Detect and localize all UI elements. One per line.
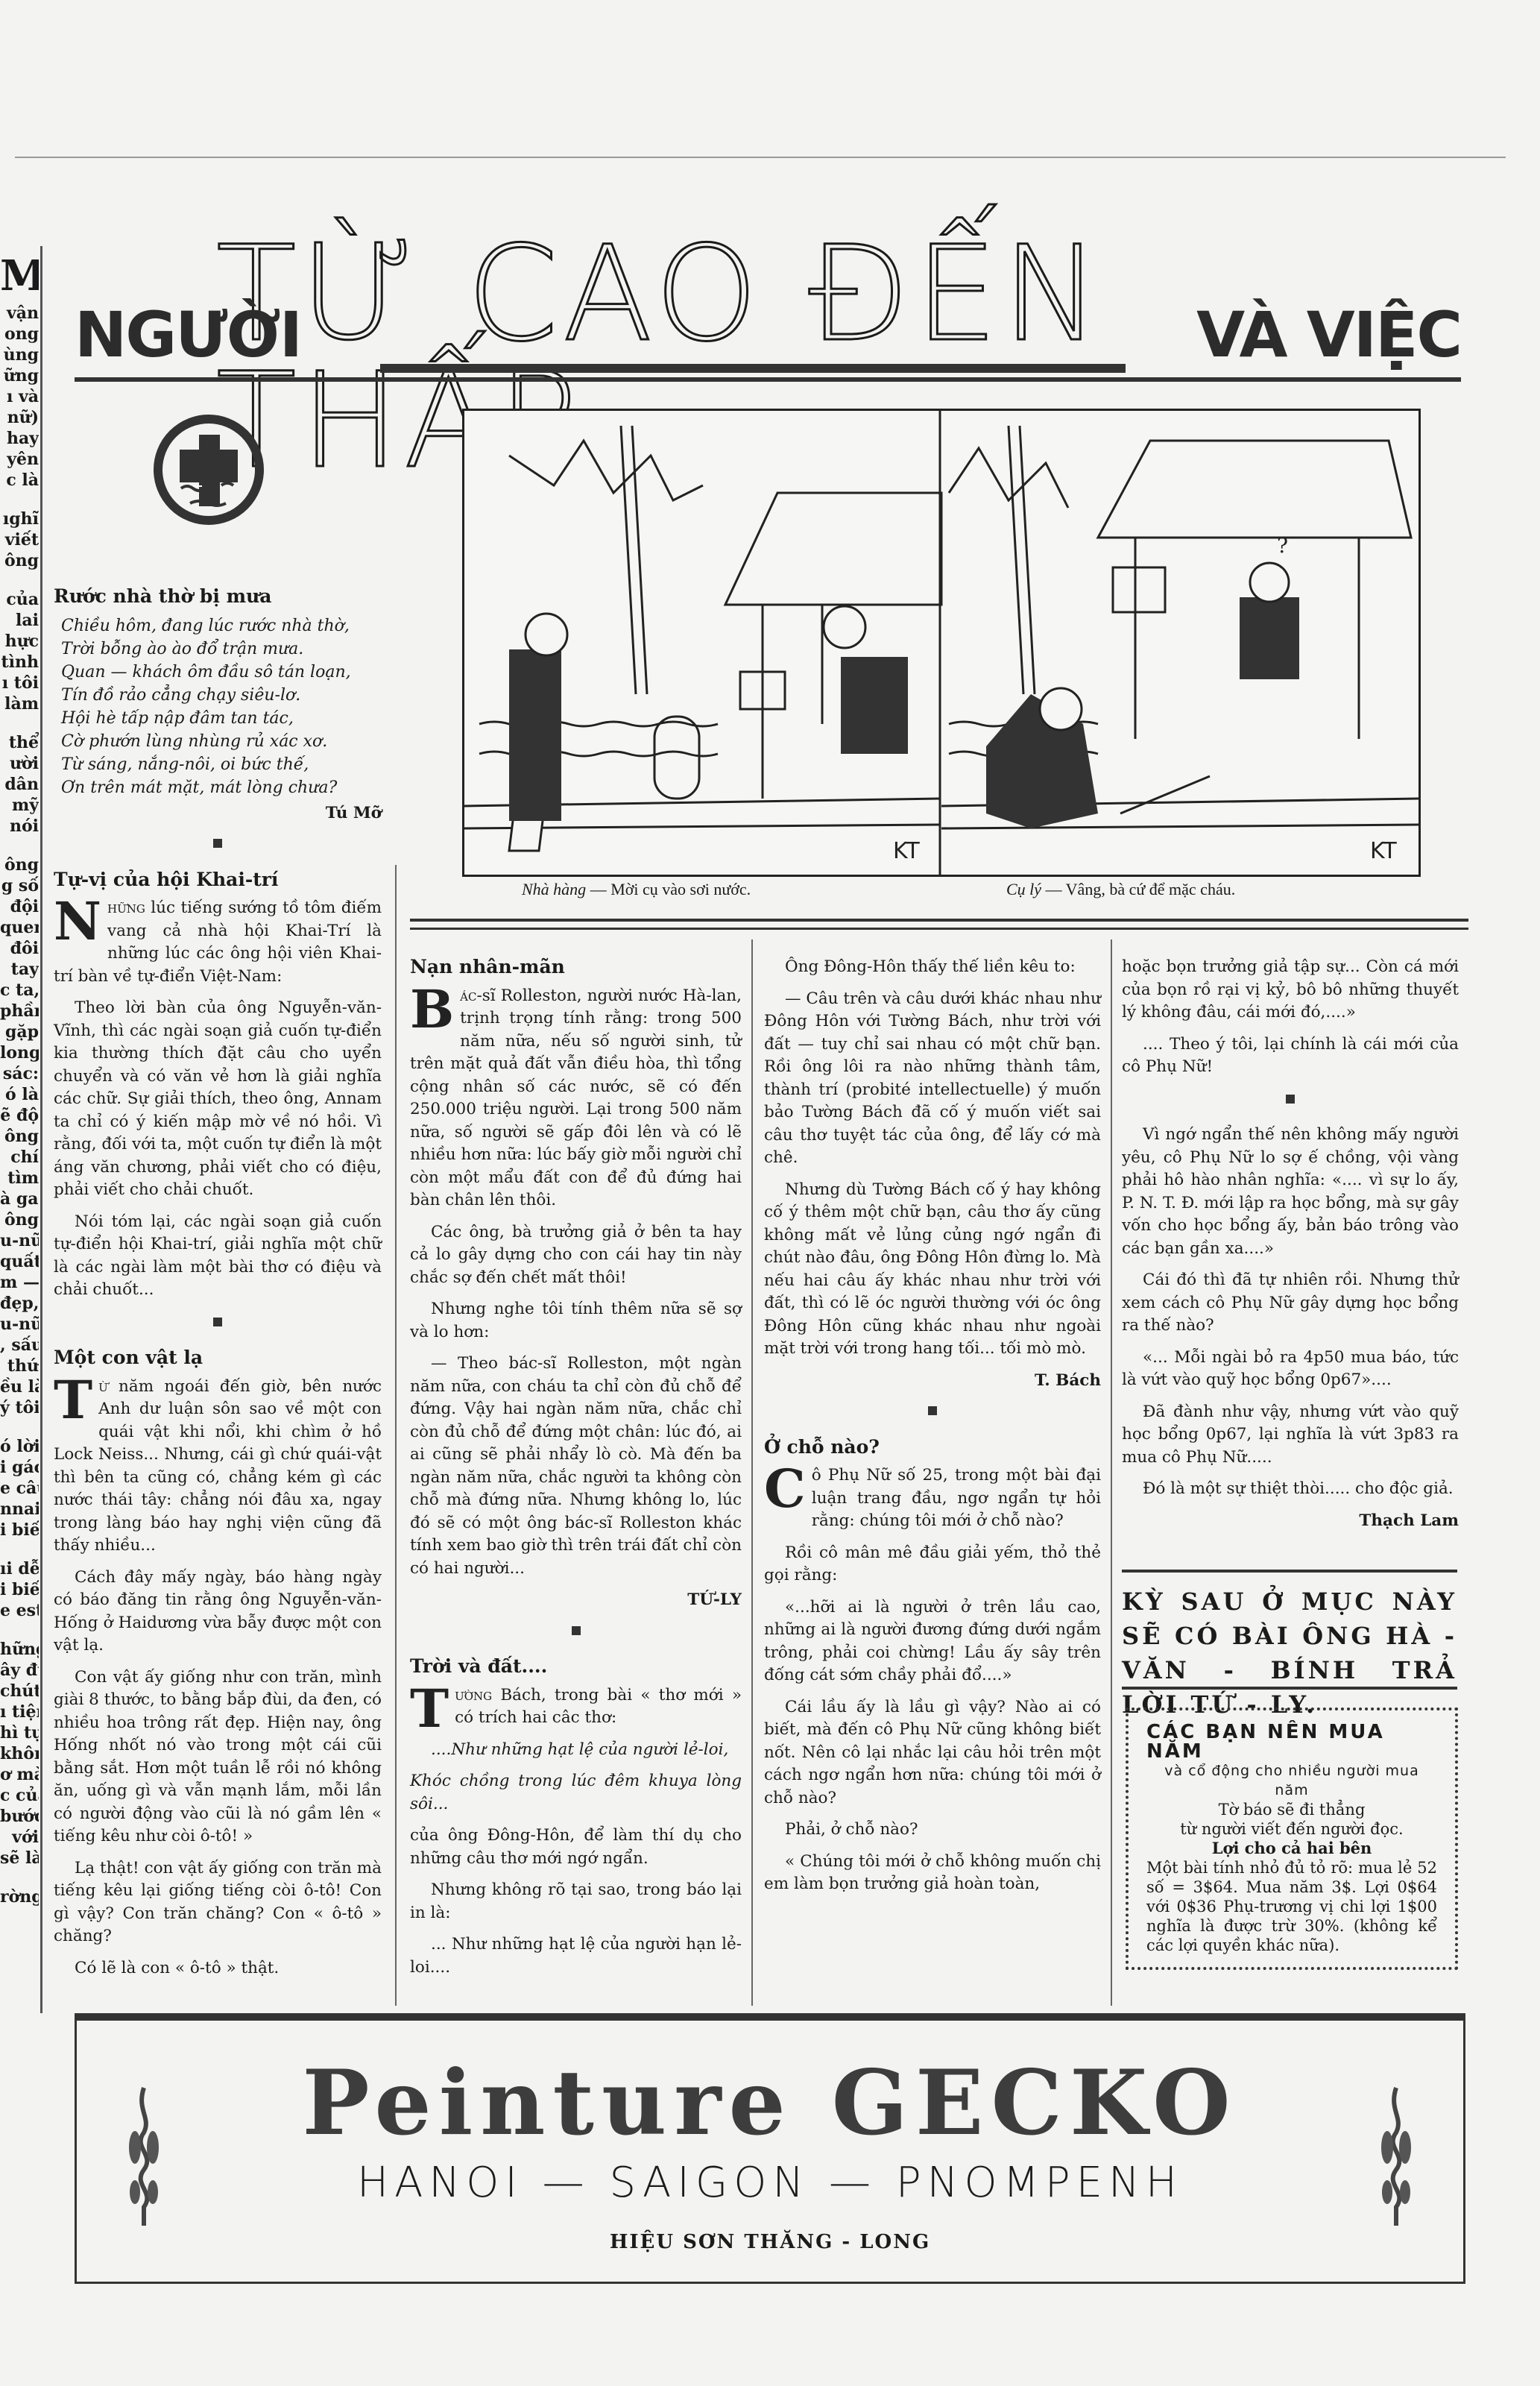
margin-lines-a: vậnongùngữngı vànữ)hayyênc là [0,303,39,491]
margin-lines-d: thểườidânmỹnói [0,732,39,837]
margin-line: ó lời [0,1436,39,1457]
article-paragraph: Các ông, bà trưởng giả ở bên ta hay cả l… [410,1221,742,1290]
margin-line: không [0,1743,39,1764]
poem-line: Ơn trên mát mặt, mát lòng chưa? [61,776,382,799]
article-title: Trời và đất.... [410,1655,742,1678]
margin-lines-i: rờng [0,1886,39,1907]
article-paragraph: Con vật ấy giống như con trăn, mình giài… [54,1666,382,1848]
margin-line: u-nữ [0,1314,39,1335]
margin-line: long [0,1042,39,1063]
article-paragraph: Cái lầu ấy là lầu gì vậy? Nào ai có biết… [764,1696,1101,1810]
margin-line: ông [0,550,39,571]
margin-line: ıi dễ, [0,1558,39,1579]
margin-line: rờng [0,1886,39,1907]
margin-line: ıghĩ [0,509,39,529]
margin-line: viết [0,529,39,550]
masthead-rule [75,377,1461,382]
cartoon-illustration-icon: KT ? KT [464,411,1418,875]
margin-line: thể [0,732,39,753]
quoted-verse: ....Như những hạt lệ của người lẻ-loi, [410,1739,742,1762]
article-paragraph: Những lúc tiếng sướng tồ tôm điếm vang c… [54,897,382,988]
masthead: TỪ CAO ĐẾN THẤP NGƯỜI VÀ VIỆC [75,231,1461,380]
margin-line: hững [0,1639,39,1660]
svg-text:KT: KT [1370,838,1397,864]
margin-line: tìm [0,1168,39,1189]
margin-line: sác: [0,1063,39,1084]
brand-name: Peinture GECKO [77,2050,1463,2156]
poem-body: Chiều hôm, đang lúc rước nhà thờ, Trời b… [61,614,382,799]
margin-line: ong [0,324,39,344]
poem-line: Tín đồ rảo cẳng chạy siêu-lơ. [61,684,382,707]
margin-line: hì tự [0,1722,39,1743]
article-author: TỨ-LY [410,1589,742,1612]
column-divider [40,246,42,2013]
masthead-underline [380,364,1126,373]
article-paragraph: Tường Bách, trong bài « thơ mới » có trí… [410,1684,742,1730]
margin-line: ơ mà [0,1764,39,1785]
branch-cities: HANOI — SAIGON — PNOMPENH [77,2159,1463,2207]
article-paragraph: Vì ngớ ngẩn thế nên không mấy người yêu,… [1122,1124,1459,1260]
column-divider [395,865,397,2006]
horizontal-rule [410,928,1468,930]
margin-lines-g: ıi dễ,i biếte est [0,1558,39,1621]
margin-line: g số [0,875,39,896]
margin-line: ý tôi, [0,1397,39,1418]
cartoon-strip: KT ? KT [462,409,1421,877]
masthead-right-word: VÀ VIỆC [1196,298,1461,371]
margin-line: dân [0,774,39,795]
horizontal-rule [1122,1570,1457,1573]
margin-line: đôi [0,938,39,959]
horizontal-rule [410,919,1468,922]
article-paragraph: «... Mỗi ngài bỏ ra 4p50 mua báo, tức là… [1122,1347,1459,1392]
margin-line: ó là [0,1084,39,1105]
section-separator-icon [410,1619,742,1643]
poem-line: Chiều hôm, đang lúc rước nhà thờ, [61,614,382,638]
article-paragraph: ... Như những hạt lệ của người hạn lẻ-lo… [410,1933,742,1979]
article-title: Một con vật lạ [54,1347,382,1370]
margin-line: chút [0,1681,39,1702]
margin-line: tay [0,959,39,980]
horizontal-rule [1122,1687,1457,1690]
column-3: Ông Đông-Hôn thấy thế liền kêu to: — Câu… [764,956,1101,1905]
article-paragraph: Đó là một sự thiệt thòi..... cho độc giả… [1122,1478,1459,1501]
subscription-subhead: và cổ động cho nhiều người mua năm [1146,1761,1437,1800]
margin-line: nữ) [0,407,39,428]
margin-line: e est [0,1600,39,1621]
article-paragraph: « Chúng tôi mới ở chỗ không muốn chị em … [764,1851,1101,1896]
next-issue-notice: KỲ SAU Ở MỤC NÀY SẼ CÓ BÀI ÔNG HÀ - VĂN … [1122,1584,1457,1722]
article-paragraph: Theo lời bàn của ông Nguyễn-văn-Vĩnh, th… [54,997,382,1202]
margin-line: thứ [0,1356,39,1376]
margin-line: ều là [0,1376,39,1397]
dropcap: B [410,988,454,1031]
poem-line: Quan — khách ôm đầu sô tán loạn, [61,661,382,684]
margin-lines-b: ıghĩviếtông [0,509,39,571]
article-paragraph: Có lẽ là con « ô-tô » thật. [54,1957,382,1980]
margin-line: nói [0,816,39,837]
article-title: Ở chỗ nào? [764,1436,1101,1459]
section-separator-icon [1122,1088,1459,1111]
margin-lines-c: củalaihựctìnhı tôilàm [0,589,39,714]
article-paragraph: Rồi cô mân mê đầu giải yếm, thỏ thẻ gọi … [764,1542,1101,1587]
left-margin-fragment: M vậnongùngữngı vànữ)hayyênc là ıghĩviết… [0,254,39,1907]
margin-line: c ta, [0,980,39,1001]
article-paragraph: Từ năm ngoái đến giờ, bên nước Anh dư lu… [54,1376,382,1558]
column-2: Nạn nhân-mãn Bác-sĩ Rolleston, người nướ… [410,956,742,1988]
margin-line: lai [0,610,39,631]
article-paragraph: hoặc bọn trưởng giả tập sự... Còn cá mới… [1122,956,1459,1024]
section-separator-icon [764,1400,1101,1423]
margin-line: hực [0,631,39,652]
margin-line: ông [0,1126,39,1147]
article-paragraph: Nhưng dù Tường Bách cố ý hay không cố ý … [764,1179,1101,1361]
section-separator-icon [54,1311,382,1334]
article-paragraph: — Theo bác-sĩ Rolleston, một ngàn năm nữ… [410,1353,742,1580]
margin-line: i biết [0,1579,39,1600]
margin-line: c của [0,1785,39,1806]
article-paragraph: của ông Đông-Hôn, để làm thí dụ cho nhữn… [410,1825,742,1870]
margin-line: u-nữ [0,1230,39,1251]
floral-ornament-icon [1374,2080,1418,2229]
margin-line: ông [0,854,39,875]
margin-line: i biết [0,1520,39,1540]
margin-line: làm [0,693,39,714]
margin-line: e câu [0,1478,39,1499]
article-paragraph: Nhưng không rõ tại sao, trong báo lại in… [410,1879,742,1924]
article-paragraph: «...hỡi ai là người ở trên lầu cao, nhữn… [764,1596,1101,1687]
dropcap: N [54,900,101,943]
section-separator-icon [54,832,382,855]
column-divider [751,939,753,2006]
article-paragraph: Cô Phụ Nữ số 25, trong một bài đại luận … [764,1464,1101,1533]
cartoon-caption-right: Cụ lý — Vâng, bà cứ để mặc cháu. [1006,880,1235,899]
margin-line: đội [0,896,39,917]
svg-text:?: ? [1277,533,1288,558]
margin-lines-f: ó lờii gáce câunnait,i biết [0,1436,39,1540]
margin-lines-e: ôngg sốđộiquenđôitayc ta,phầngặplongsác:… [0,854,39,1418]
margin-line: m — [0,1272,39,1293]
article-paragraph: — Câu trên và câu dưới khác nhau như Đôn… [764,988,1101,1170]
margin-line: ı tôi [0,673,39,693]
dropcap: C [764,1467,806,1511]
article-author: T. Bách [764,1370,1101,1393]
article-paragraph: Cái đó thì đã tự nhiên rồi. Nhưng thử xe… [1122,1269,1459,1338]
margin-line: ười [0,753,39,774]
article-title: Tự-vị của hội Khai-trí [54,869,382,892]
subscription-body: Một bài tính nhỏ đủ tỏ rõ: mua lẻ 52 số … [1146,1858,1437,1955]
margin-line: i gác [0,1457,39,1478]
subscription-headline: CÁC BẠN NÊN MUA NĂM [1146,1722,1437,1761]
margin-line: ững [0,365,39,386]
margin-line: mỹ [0,795,39,816]
margin-line: nnait, [0,1499,39,1520]
margin-dropcap: M [0,254,39,298]
article-author: Thạch Lam [1122,1510,1459,1533]
margin-line: hay [0,428,39,449]
margin-line: à ga, [0,1189,39,1209]
article-paragraph: Đã đành như vậy, nhưng vứt vào quỹ học b… [1122,1401,1459,1470]
margin-line: , sấu [0,1335,39,1356]
margin-line: ùng [0,344,39,365]
margin-line: yên [0,449,39,470]
margin-line: bước [0,1806,39,1827]
margin-line: ây đủ [0,1660,39,1681]
article-paragraph: Bác-sĩ Rolleston, người nước Hà-lan, trị… [410,985,742,1212]
article-paragraph: Nhưng nghe tôi tính thêm nữa sẽ sợ và lo… [410,1298,742,1344]
poem-line: Cờ phướn lùng nhùng rủ xác xơ. [61,730,382,753]
shop-name: HIỆU SƠN THĂNG - LONG [77,2231,1463,2253]
margin-line: ı tiện [0,1702,39,1722]
margin-line: c là [0,470,39,491]
margin-line: ẽ độ [0,1105,39,1126]
dropcap: T [410,1687,449,1731]
subscription-box: CÁC BẠN NÊN MUA NĂM và cổ động cho nhiều… [1126,1707,1458,1970]
margin-line: quen [0,917,39,938]
left-column: Rước nhà thờ bị mưa Chiều hôm, đang lúc … [54,585,382,1989]
masthead-left-word: NGƯỜI [75,298,301,371]
margin-lines-h: hữngây đủchútı tiệnhì tựkhôngơ màc củabư… [0,1639,39,1869]
margin-line: gặp [0,1022,39,1042]
article-title: Nạn nhân-mãn [410,956,742,979]
margin-line: tình [0,652,39,673]
svg-text:KT: KT [893,838,920,864]
poem-line: Trời bỗng ào ào đổ trận mưa. [61,638,382,661]
article-paragraph: Phải, ở chỗ nào? [764,1819,1101,1842]
quoted-verse: Khóc chồng trong lúc đêm khuya lòng sôi.… [410,1770,742,1816]
column-divider [1111,939,1112,2006]
paint-advertisement: Peinture GECKO HANOI — SAIGON — PNOMPENH… [75,2013,1465,2284]
poem-line: Hội hè tấp nập đâm tan tác, [61,707,382,730]
margin-line: phần [0,1001,39,1022]
page-top-rule [15,157,1506,158]
margin-line: ông [0,1209,39,1230]
article-paragraph: Cách đây mấy ngày, báo hàng ngày có báo … [54,1567,382,1658]
poem-line: Từ sáng, nắng-nôi, oi bức thế, [61,753,382,776]
margin-line: ı và [0,386,39,407]
margin-line: với [0,1827,39,1848]
margin-line: chí [0,1147,39,1168]
poem-title: Rước nhà thờ bị mưa [54,585,382,608]
poem-author: Tú Mỡ [54,802,382,825]
column-4: hoặc bọn trưởng giả tập sự... Còn cá mới… [1122,956,1459,1540]
margin-line: của [0,589,39,610]
dropcap: T [54,1379,92,1422]
margin-line: quất, [0,1251,39,1272]
margin-line: vận [0,303,39,324]
article-paragraph: Lạ thật! con vật ấy giống con trăn mà ti… [54,1857,382,1948]
article-paragraph: Ông Đông-Hôn thấy thế liền kêu to: [764,956,1101,979]
margin-line: đẹp, [0,1293,39,1314]
cross-waves-logo-icon [153,414,265,526]
cartoon-caption-left: Nhà hàng — Mời cụ vào sơi nước. [522,880,751,899]
margin-line: sẽ là [0,1848,39,1869]
article-paragraph: Nói tóm lại, các ngài soạn giả cuốn tự-đ… [54,1211,382,1302]
article-paragraph: .... Theo ý tôi, lại chính là cái mới củ… [1122,1033,1459,1079]
